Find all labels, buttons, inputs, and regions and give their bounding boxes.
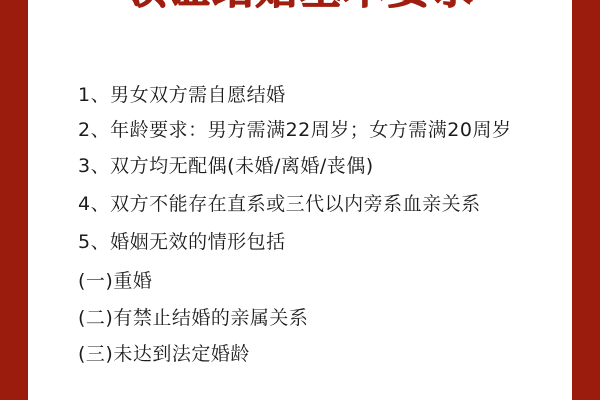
list-item-5: 5、婚姻无效的情形包括 (78, 230, 286, 254)
document-page: 领证结婚基本要求 1、男女双方需自愿结婚 2、年龄要求：男方需满22周岁；女方需… (0, 0, 600, 400)
list-item-3: 3、双方均无配偶(未婚/离婚/丧偶) (78, 154, 374, 178)
sub-item-1: (一)重婚 (78, 269, 152, 293)
list-item-2: 2、年龄要求：男方需满22周岁；女方需满20周岁 (78, 118, 511, 142)
right-border-bar (572, 0, 600, 400)
sub-item-3: (三)未达到法定婚龄 (78, 342, 250, 366)
sub-item-2: (二)有禁止结婚的亲属关系 (78, 306, 308, 330)
list-item-4: 4、双方不能存在直系或三代以内旁系血亲关系 (78, 192, 481, 216)
left-border-bar (0, 0, 28, 400)
page-title: 领证结婚基本要求 (0, 0, 600, 12)
list-item-1: 1、男女双方需自愿结婚 (78, 83, 286, 107)
